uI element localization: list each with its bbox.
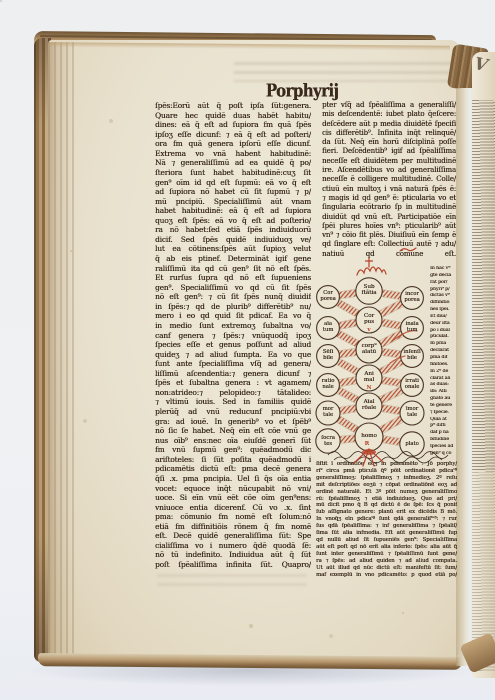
tree-node-circles xyxy=(316,278,424,456)
text-line: q̄ſi .x. pma pncipia. Uel ſi q̄s oīa ent… xyxy=(155,474,311,484)
tree-node-label-animal: Ani mal xyxy=(353,371,385,384)
text-line: qd nullū aliud ſit ſupueniēs gen⁹: Speci… xyxy=(316,537,457,544)
text-line: Extrema vo vnā habent habitudinē: xyxy=(155,149,311,159)
tree-node-label-inanimatum: inaīa tum xyxy=(398,321,426,334)
text-line: deſcēdere aūt p media diuidētē ſpecifi xyxy=(322,120,456,129)
page-title: Porphyrij xyxy=(259,80,345,101)
marginal-initial-ghost: V xyxy=(472,52,495,82)
text-line: pter vſq̄ ad ſpēaliſſima a generaliſſi/ xyxy=(322,101,456,110)
showthrough-ghost-top xyxy=(234,62,452,82)
tree-node-label-animatum: aīa tum xyxy=(314,321,342,334)
tree-node-label-homo: homo xyxy=(353,433,385,439)
text-line: uoce. Si eīn vnū eēt cōe oīm gen⁹ens: xyxy=(155,493,311,503)
text-line: gen⁹ oīm id qd eſt ſupmū: eā vo q̄ eſt xyxy=(155,178,311,188)
text-line: ra nō habet:ſed etiā ſpēs indiuiduorū xyxy=(155,225,311,235)
showthrough-ghost-bottom xyxy=(157,574,307,587)
tree-node-label-insensibile: inſenſi bile xyxy=(398,349,426,362)
text-line: ire. Aſcendētibus vo ad generaliſſima xyxy=(322,166,456,175)
text-line: pma: cōmunio fm nomē eſt ſolum:nō xyxy=(155,512,311,522)
text-line: poſt ſpēaliſſima infinita ſūt. Quapro/ xyxy=(155,560,311,570)
text-line: generaliſſimoʒ: ſpēaliſſimoʒ ⁊ infmedioʒ… xyxy=(316,475,457,482)
text-line: aūt eſt poſt qd nō erit alia inferio: ſp… xyxy=(316,544,457,551)
text-line: ſpēs:Eorū aūt q̄ poſt ipſa ſūt:genera. xyxy=(155,101,311,111)
text-line: ctiuū eīn multoʒ i vnā naturā ſpēs ē: xyxy=(322,185,456,194)
text-line: ora fm quā genera ipſorū eſſe dicunf. xyxy=(155,139,311,149)
gutter-stain xyxy=(48,42,74,658)
text-line: ſus qdā ſpēaliſſima: ⁊ inf generaliſſima… xyxy=(316,523,457,530)
rubric-letter-homo: R xyxy=(362,441,372,447)
tree-node-label-plato: plato xyxy=(398,441,426,447)
fore-edge-text-stripes xyxy=(472,100,495,472)
text-line: eſt. Decē quidē generaliſſima ſūt: Spe xyxy=(155,531,311,541)
text-line: ri⁹ circa pmā pticulā q̄º pōit ordinatio… xyxy=(316,468,457,475)
text-line: In vnoq̄ʒ eīn pdicaᵗº ſunt qdā generaliſ… xyxy=(316,516,457,523)
text-line: ordinē naturalē. Et 3º pōit numeʒ genera… xyxy=(316,489,457,496)
text-line: ad ſupiora nō habet cū ſit ſupmū ⁊ p/ xyxy=(155,187,311,197)
text-line: rū: ſpēaliſſimoʒ ⁊ etiā indiuiduoʒ. Quo … xyxy=(316,496,457,503)
rubric-letter-animal: N xyxy=(364,385,374,391)
text-line: ſpēi plures hoīes vn⁹: pticularib⁹ aūt xyxy=(322,222,456,231)
text-line: diuidūt qd vnū eſt. Participatiōe eīn xyxy=(322,213,456,222)
tree-node-label-rationale: ratio nale xyxy=(314,378,342,391)
text-line: Ut aūt illud qd nūc dictū eſt: manifeſtū… xyxy=(316,565,457,572)
text-line: da ſūt. Neq̄ eīn horū diſciplinā poſſe xyxy=(322,138,456,147)
text-line: Quare hec quidē duas habēt habitu/ xyxy=(155,111,311,121)
text-line: Nā ⁊ generaliſſimū ad ea quidē q̄ po/ xyxy=(155,158,311,168)
text-line: ſub aſſignato genere: planū erit ex dicē… xyxy=(316,509,457,516)
tree-node-label-sensibile: Sēſi bile xyxy=(314,349,342,362)
text-line: ra ⁊ ſpēs: ad aliud quiden ⁊ ad aliud co… xyxy=(316,558,457,565)
text-line: ſunt inter generaliſſimū ⁊ ſpēaliſſimū ſ… xyxy=(316,551,457,558)
tree-node-label-incorporea: incor porea xyxy=(398,291,426,304)
book-photo: V Porphyrij ſpēs:Eorū aūt q̄ poſt ipſa ſ… xyxy=(0,0,495,700)
text-line: neceſſe eſt diuidētem per multitudinē xyxy=(322,157,456,166)
text-line: maf exemplū in vno pdicamēto: p quod eti… xyxy=(316,572,457,579)
text-line: ſingularia ecōtrario ſp in multitudinē xyxy=(322,203,456,212)
text-line: fieri. Deſcēdentib⁹ igif ad ſpēaliſſima xyxy=(322,147,456,156)
text-line: quoʒ eſt ſpēs: eā vo q̄ eſt ad poſterio/ xyxy=(155,216,311,226)
text-line: cialiſſima vo i numero q̄dē quodā ſē: xyxy=(155,541,311,551)
text-line: vniuoce entia dicerenf. Cū vo .x. ſint xyxy=(155,503,311,513)
tree-node-label-animal-rationale: Aīal rōale xyxy=(353,399,385,412)
text-line: mit deſcriptiōes eoʒū ⁊ cōpat ordinatiōn… xyxy=(316,482,457,489)
tree-node-label-corpus: Cor pus xyxy=(353,313,385,326)
rubric-letter-corpus: v xyxy=(364,327,374,333)
text-line: ⁊ magis id qd gen⁹ ē: pticularia vo et xyxy=(322,194,456,203)
text-line: etiā fm diffinitiōis rōnem q̄ fm nomē xyxy=(155,522,311,532)
text-line: vn⁹ ⁊ cōio fit plēs. Diuiſiuū eīn ſemp ē xyxy=(322,231,456,240)
text-line: dines: eā q̄ eſt ad ſupiora fm quā ſpēs xyxy=(155,120,311,130)
text-line: ipſoʒ eſſe dicunf: ⁊ eā q̄ eſt ad poſter… xyxy=(155,130,311,140)
text-line: habet habitudinē: eā q̄ eſt ad ſupiora xyxy=(155,206,311,216)
text-line: ſteriora ſunt habet habitudinē:cuʒ ſit xyxy=(155,168,311,178)
foxing-spots xyxy=(0,0,2,2)
text-line: mū pncipiū. Specialiſſimū aūt vnam xyxy=(155,197,311,207)
text-line: ſima ſūt alia infmedia. Eſt aūt generali… xyxy=(316,530,457,537)
tree-node-label-corporea: Cor porea xyxy=(314,290,342,303)
text-line: dicif. Sed ſpēs quidē indiuiduoʒ ve/ xyxy=(155,235,311,245)
tree-node-label-mortale: mor tale xyxy=(314,406,342,419)
right-text-column: pter vſq̄ ad ſpēaliſſima a generaliſſi/m… xyxy=(322,101,456,259)
right-column-bottom-block: ſiſtit ī ordinatiōe eoʒ in pdicamēto : J… xyxy=(316,461,457,578)
tree-node-label-socrates: ſocra tes xyxy=(314,435,342,448)
rubric-squiggle xyxy=(400,248,416,251)
tree-node-label-immortale: īmor tale xyxy=(398,406,426,419)
text-line: mis deſcendentē: iubet plato q̄eſcere: xyxy=(322,110,456,119)
root-flourish xyxy=(328,449,448,466)
text-line: neceſſe ē colligere multitudinē. Colle/ xyxy=(322,175,456,184)
text-line: nō tū indefinito. Indiuidua aūt q̄ ſūt xyxy=(155,550,311,560)
tree-node-label-substantia: Sub ſtãtia xyxy=(353,284,385,297)
tree-node-label-corpus-animatum: corp⁹ aīatū xyxy=(353,343,385,356)
text-line: mū dicit pmo q̄ B qd dictū ē de ſpē: ſcs… xyxy=(316,502,457,509)
text-line: cis differētib⁹. Infinita inq̄t relinquē… xyxy=(322,129,456,138)
tree-node-label-irrationale: irrati onale xyxy=(398,378,426,391)
text-line: vocet: equoce inq̄t nūcupabit nō vni/ xyxy=(155,484,311,494)
crown-flourish xyxy=(357,248,416,275)
fore-edge-pages xyxy=(472,52,495,678)
